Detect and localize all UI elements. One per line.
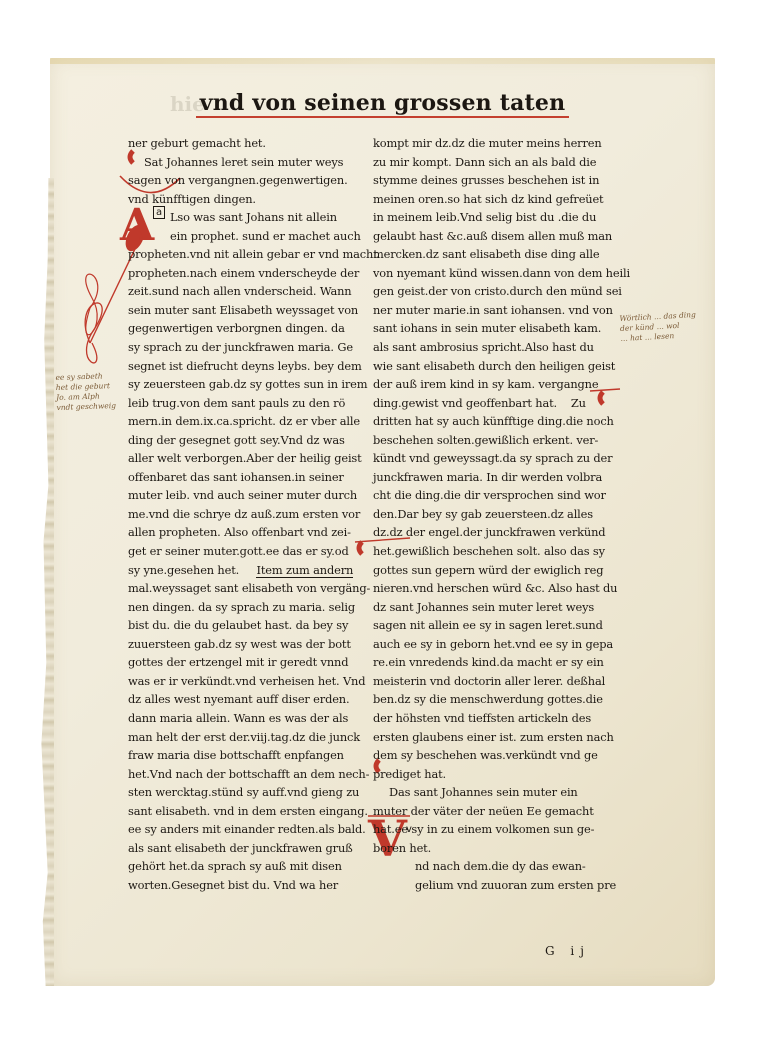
right-text-column: kompt mir dz.dz die muter meins herren z… [373, 134, 611, 894]
text-line: aller welt verborgen.Aber der heilig gei… [128, 449, 366, 468]
text-line: mercken.dz sant elisabeth dise ding alle [373, 245, 611, 264]
text-line: junckfrawen maria. In dir werden volbra [373, 468, 611, 487]
text-line: prediget hat. [373, 765, 611, 784]
text-line: sy sprach zu der junckfrawen maria. Ge [128, 338, 366, 357]
text-line: het.gewißlich beschehen solt. also das s… [373, 542, 611, 561]
text-line: ner geburt gemacht het. [128, 134, 366, 153]
torn-left-edge [40, 178, 54, 986]
text-line: me.vnd die schrye dz auß.zum ersten vor [128, 505, 366, 524]
text-line: sagen von vergangnen.gegenwertigen. [128, 171, 366, 190]
item-rubric: Item zum andern [256, 563, 353, 578]
text-line: von nyemant künd wissen.dann von dem hei… [373, 264, 611, 283]
text-line: propheten.vnd nit allein gebar er vnd ma… [128, 245, 366, 264]
text-line: hat.ee sy in zu einem volkomen sun ge- [373, 820, 611, 839]
text-line: het.Vnd nach der bottschafft an dem nech… [128, 765, 366, 784]
running-head: vnd von seinen grossen taten [196, 90, 570, 118]
text-line: in meinem leib.Vnd selig bist du .die du [373, 208, 611, 227]
text-line: gelium vnd zuuoran zum ersten pre [373, 876, 611, 895]
text-line: dem sy beschehen was.verkündt vnd ge [373, 746, 611, 765]
right-marginal-note: Wörtlich ... das ding der künd ... wol .… [619, 310, 697, 344]
text-line: gen geist.der von cristo.durch den münd … [373, 282, 611, 301]
text-line: offenbaret das sant iohansen.in seiner [128, 468, 366, 487]
paper-stain [50, 58, 715, 64]
text-line: dann maria allein. Wann es was der als [128, 709, 366, 728]
text-line: dz alles west nyemant auff diser erden. [128, 690, 366, 709]
text-line: ding.gewist vnd geoffenbart hat. Zu [373, 394, 611, 413]
text-line: zuuersteen gab.dz sy west was der bott [128, 635, 366, 654]
text-line: mal.weyssaget sant elisabeth von vergäng… [128, 579, 366, 598]
text-line: beschehen solten.gewißlich erkent. ver- [373, 431, 611, 450]
text-line: Sat Johannes leret sein muter weys [128, 153, 366, 172]
text-line: kündt vnd geweyssagt.da sy sprach zu der [373, 449, 611, 468]
text-line: fraw maria dise bottschafft enpfangen [128, 746, 366, 765]
signature-mark: G ij [545, 944, 590, 958]
text-line: sy yne.gesehen het. Item zum andern [128, 561, 366, 580]
text-line: ersten glaubens einer ist. zum ersten na… [373, 728, 611, 747]
manuscript-page: hie vnd von seinen grossen taten A a V v… [50, 58, 715, 986]
text-line: dritten hat sy auch künfftige ding.die n… [373, 412, 611, 431]
text-line: als sant elisabeth der junckfrawen gruß [128, 839, 366, 858]
rubric-start: Zu [571, 396, 586, 410]
text-line: sy zeuersteen gab.dz sy gottes sun in ir… [128, 375, 366, 394]
text-line: gottes der ertzengel mit ir geredt vnnd [128, 653, 366, 672]
text-line: nen dingen. da sy sprach zu maria. selig [128, 598, 366, 617]
text-line: den.Dar bey sy gab zeuersteen.dz alles [373, 505, 611, 524]
text-line: Das sant Johannes sein muter ein [373, 783, 611, 802]
text-line: stymme deines grusses beschehen ist in [373, 171, 611, 190]
left-marginal-note: ee sy sabeth het die geburt Jo. am Alph … [55, 371, 116, 413]
text-line: Lso was sant Johans nit allein [128, 208, 366, 227]
text-line: gottes sun gepern würd der ewiglich reg [373, 561, 611, 580]
text-line: dz.dz der engel.der junckfrawen verkünd [373, 523, 611, 542]
text-line: auch ee sy in geborn het.vnd ee sy in ge… [373, 635, 611, 654]
running-head-row: vnd von seinen grossen taten [50, 90, 715, 118]
text-line: boren het. [373, 839, 611, 858]
text-line: leib trug.von dem sant pauls zu den rö [128, 394, 366, 413]
text-line: sein muter sant Elisabeth weyssaget von [128, 301, 366, 320]
text-line: gelaubt hast &c.auß disem allen muß man [373, 227, 611, 246]
text-line: sant elisabeth. vnd in dem ersten eingan… [128, 802, 366, 821]
text-line-part: ding.gewist vnd geoffenbart hat. [373, 396, 557, 410]
text-line: der auß irem kind in sy kam. vergangne [373, 375, 611, 394]
text-line: ee sy anders mit einander redten.als bal… [128, 820, 366, 839]
text-line: ein prophet. sund er machet auch [128, 227, 366, 246]
text-line: segnet ist diefrucht deyns leybs. bey de… [128, 357, 366, 376]
text-line: meisterin vnd doctorin aller lerer. deßh… [373, 672, 611, 691]
text-line: nieren.vnd herschen würd &c. Also hast d… [373, 579, 611, 598]
text-line: ding der gesegnet gott sey.Vnd dz was [128, 431, 366, 450]
text-line: was er ir verkündt.vnd verheisen het. Vn… [128, 672, 366, 691]
text-line: man helt der erst der.viij.tag.dz die ju… [128, 728, 366, 747]
text-line: wie sant elisabeth durch den heiligen ge… [373, 357, 611, 376]
text-line: sten wercktag.stünd sy auff.vnd gieng zu [128, 783, 366, 802]
text-line: muter leib. vnd auch seiner muter durch [128, 486, 366, 505]
text-line: bist du. die du gelaubet hast. da bey sy [128, 616, 366, 635]
text-line: vnd künfftigen dingen. [128, 190, 366, 209]
text-line: propheten.nach einem vnderscheyde der [128, 264, 366, 283]
text-line: zeit.sund nach allen vnderscheid. Wann [128, 282, 366, 301]
text-line: mern.in dem.ix.ca.spricht. dz er vber al… [128, 412, 366, 431]
text-line: gehört het.da sprach sy auß mit disen [128, 857, 366, 876]
text-line: sagen nit allein ee sy in sagen leret.su… [373, 616, 611, 635]
text-line: als sant ambrosius spricht.Also hast du [373, 338, 611, 357]
text-line: get er seiner muter.gott.ee das er sy.od [128, 542, 366, 561]
marginal-note-line: vndt geschweig [56, 401, 116, 413]
text-line: kompt mir dz.dz die muter meins herren [373, 134, 611, 153]
text-line: allen propheten. Also offenbart vnd zei- [128, 523, 366, 542]
text-line: zu mir kompt. Dann sich an als bald die [373, 153, 611, 172]
text-line: der höhsten vnd tieffsten artickeln des [373, 709, 611, 728]
text-line: muter der väter der neüen Ee gemacht [373, 802, 611, 821]
text-line: dz sant Johannes sein muter leret weys [373, 598, 611, 617]
text-line: worten.Gesegnet bist du. Vnd wa her [128, 876, 366, 895]
text-line-part: sy yne.gesehen het. [128, 563, 239, 577]
text-line: sant iohans in sein muter elisabeth kam. [373, 319, 611, 338]
text-line: meinen oren.so hat sich dz kind gefreüet [373, 190, 611, 209]
text-line: nd nach dem.die dy das ewan- [373, 857, 611, 876]
text-line: cht die ding.die dir versprochen sind wo… [373, 486, 611, 505]
text-line: gegenwertigen verborgnen dingen. da [128, 319, 366, 338]
left-text-column: ner geburt gemacht het. Sat Johannes ler… [128, 134, 366, 894]
text-line: re.ein vnredends kind.da macht er sy ein [373, 653, 611, 672]
text-line: ben.dz sy die menschwerdung gottes.die [373, 690, 611, 709]
text-line: ner muter marie.in sant iohansen. vnd vo… [373, 301, 611, 320]
